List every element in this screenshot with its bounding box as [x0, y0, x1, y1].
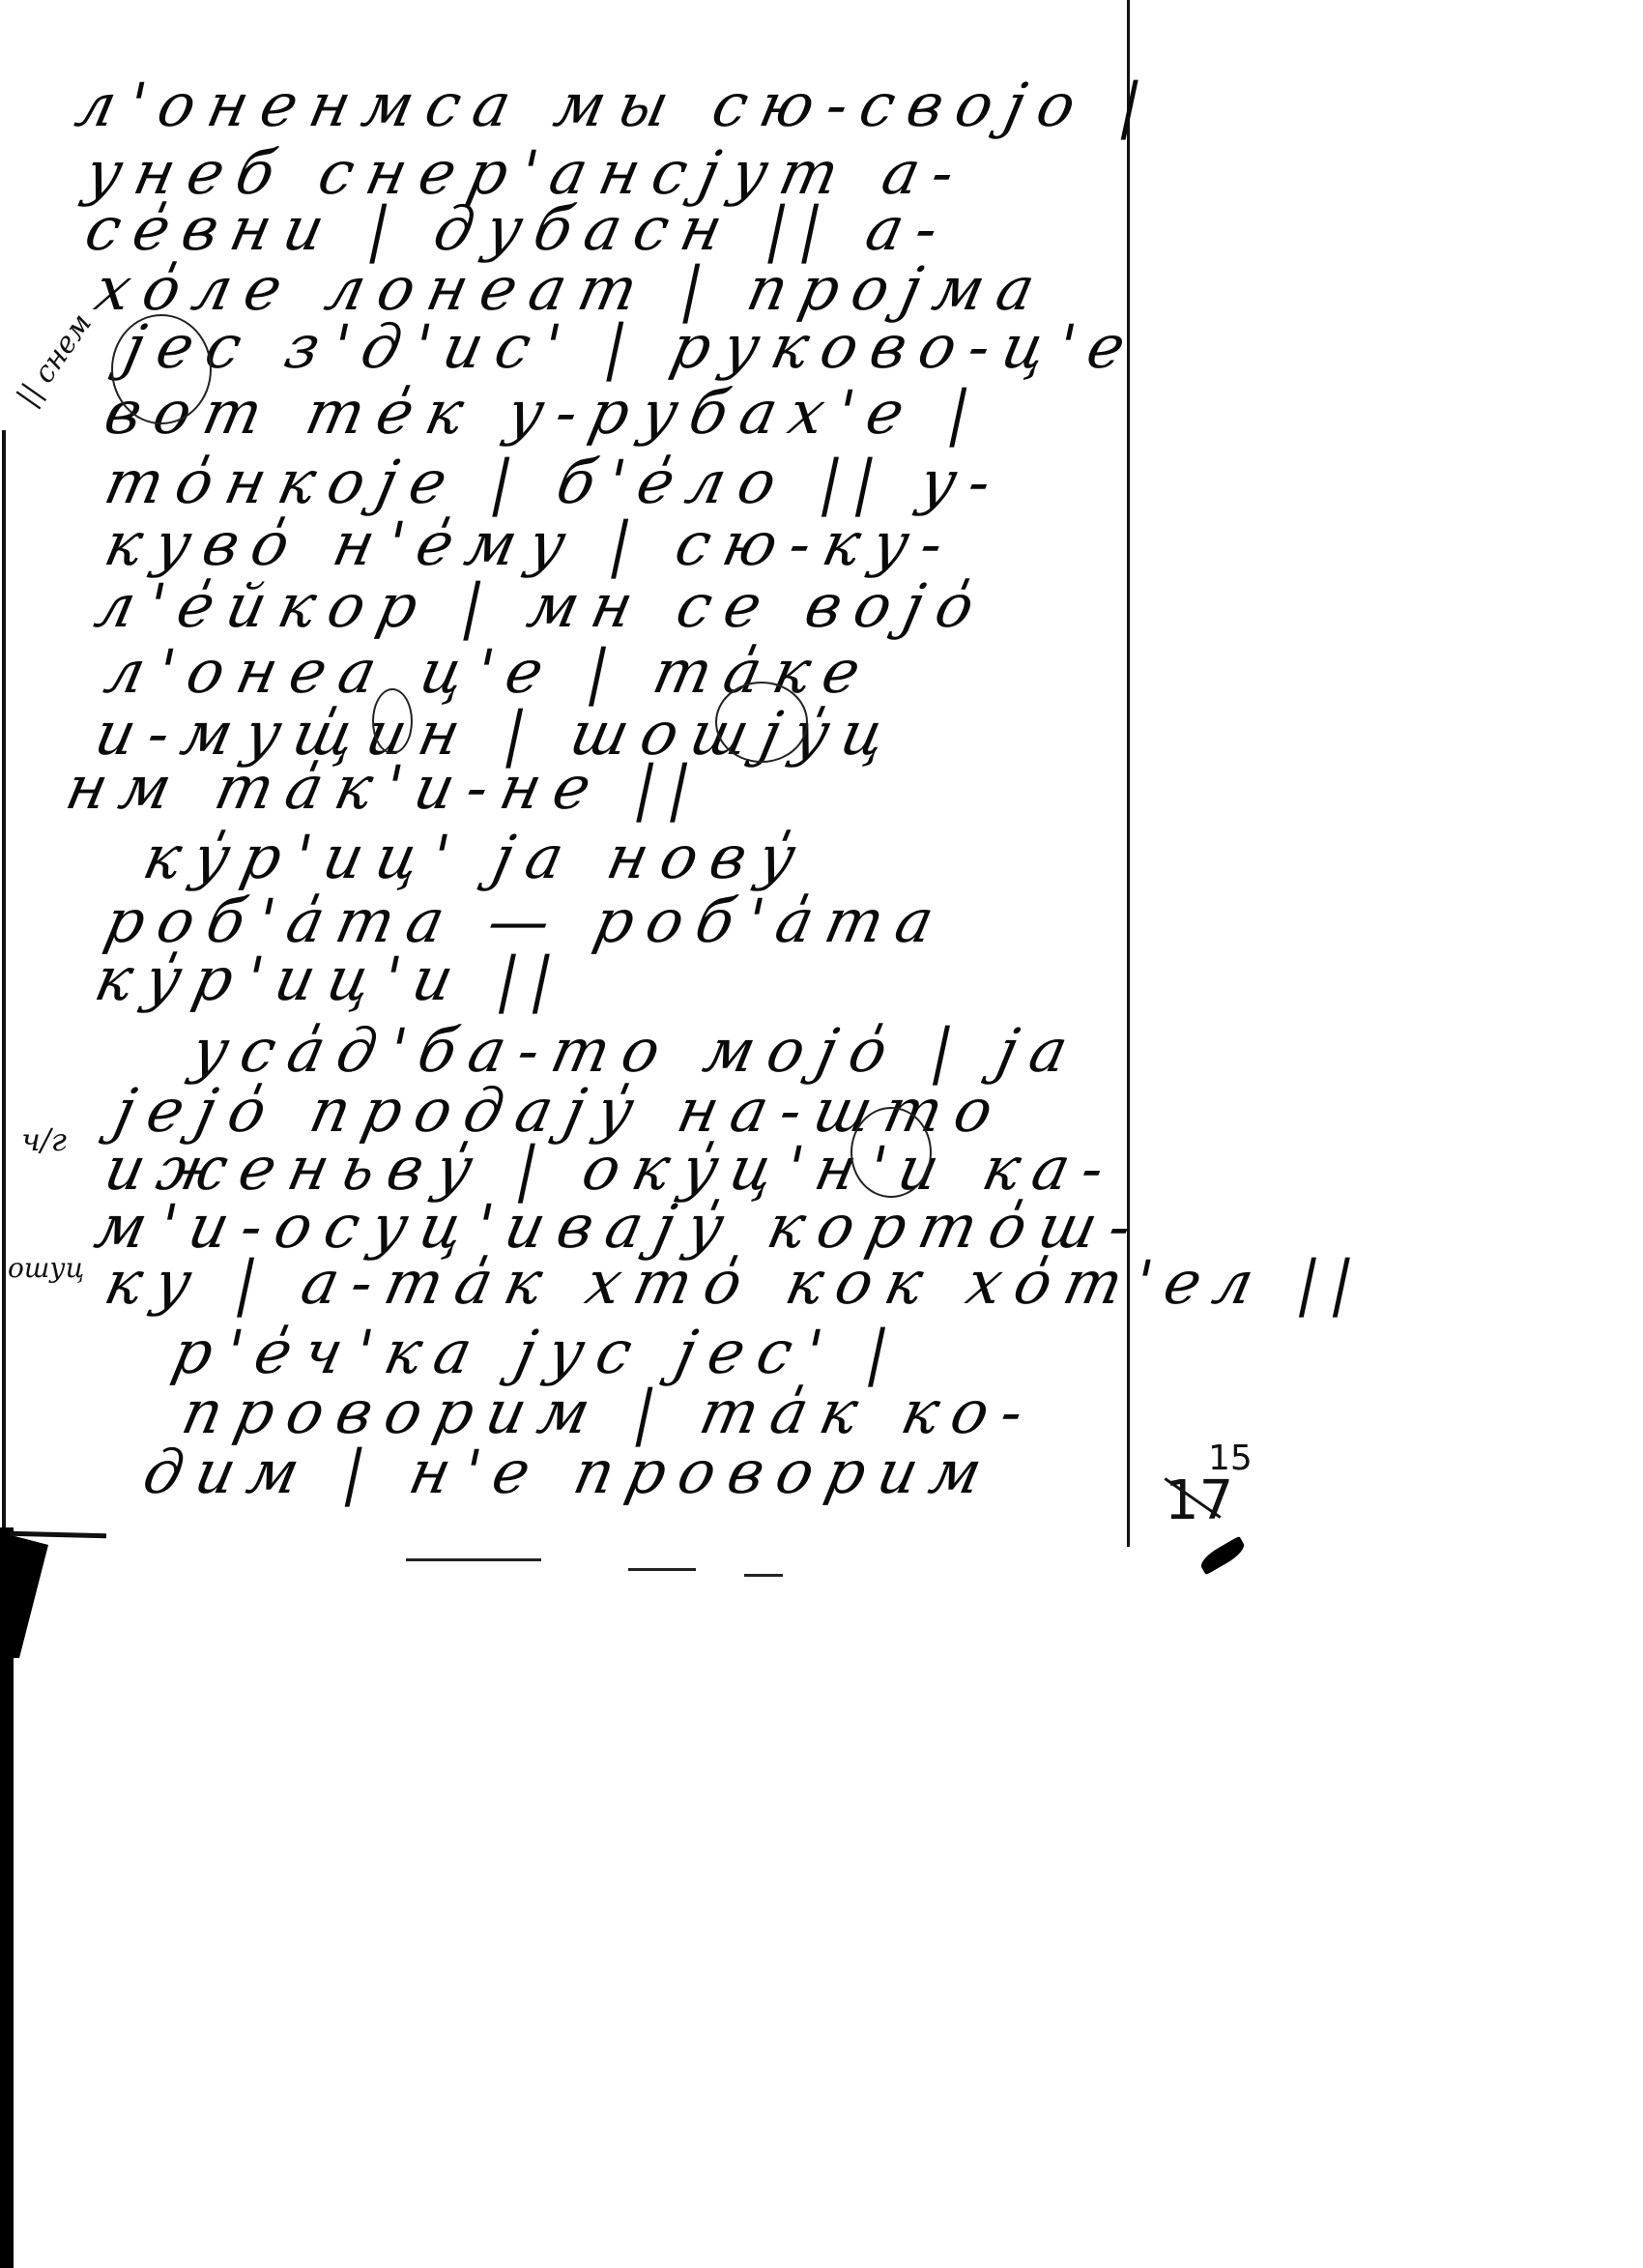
left-page-edge — [2, 430, 6, 1542]
circled-mark — [111, 314, 212, 424]
margin-note: ошуц — [8, 1252, 84, 1284]
margin-note: ч/г — [21, 1121, 67, 1158]
text-line-7: то̍нкоје | б'е̍ло || у- — [99, 447, 1011, 517]
scanned-page: л'оненмса мы сю-своjо | унеб снер'ансjут… — [0, 0, 1643, 2268]
text-line-20: ку | а-та̍к хто̍ кок хо̍т'ел || — [99, 1247, 1373, 1318]
page-bottom-edge — [10, 1531, 106, 1539]
page-bottom-edge-fragment — [628, 1568, 696, 1571]
text-line-23: дим | н'е проворим — [137, 1437, 1001, 1507]
text-line-8: куво̍ н'е̍му | сю-ку- — [99, 509, 963, 579]
circled-mark — [372, 688, 413, 754]
scan-shadow-wedge — [0, 1532, 48, 1658]
ink-blot — [1197, 1536, 1248, 1576]
circled-mark — [850, 1107, 932, 1198]
circled-mark — [715, 682, 808, 763]
text-line-15: ку̍р'иц'и || — [89, 944, 573, 1014]
margin-note: || снем — [11, 307, 99, 413]
text-line-6: вот те̍к у-рубах'е | — [99, 377, 990, 448]
text-line-5: jес з'д'ис' | руково-ц'е — [118, 311, 1144, 382]
text-line-13: ку̍р'иц' ја нову̍ — [137, 822, 815, 892]
text-line-1: л'оненмса мы сю-своjо | — [70, 70, 1162, 140]
crossed-out-page-number: 17 — [1165, 1469, 1233, 1532]
page-bottom-edge-fragment — [744, 1574, 783, 1577]
page-bottom-edge-fragment — [406, 1558, 541, 1561]
text-line-12: нм та̍к'и-не || — [60, 752, 710, 823]
text-line-9: л'е̍йкор | мн се вojо̍ — [89, 570, 994, 641]
